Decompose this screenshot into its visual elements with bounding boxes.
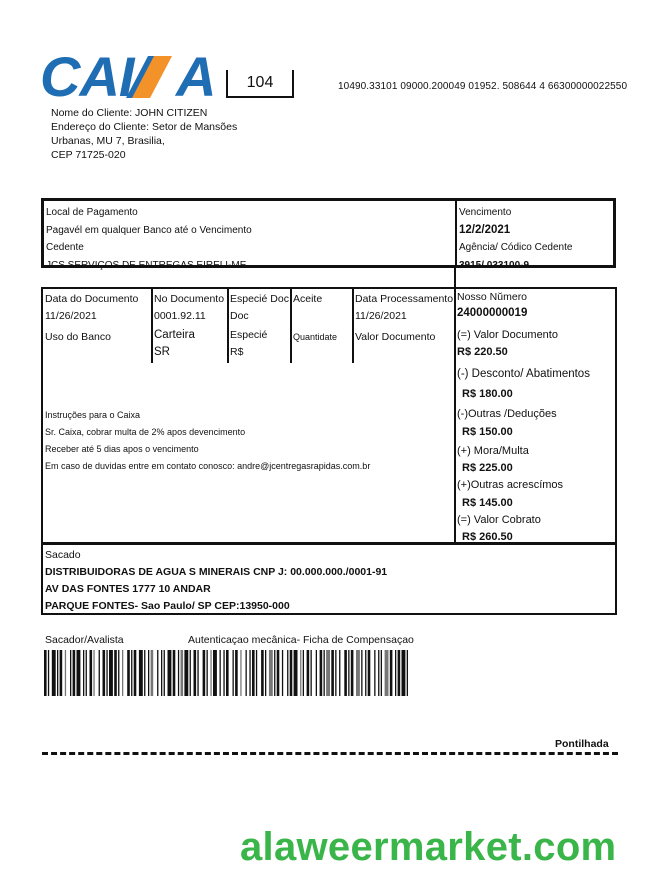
bank-code: 104 bbox=[226, 70, 294, 98]
amount-label: (+) Mora/Multa bbox=[457, 445, 529, 457]
especie-doc-value: Doc bbox=[230, 308, 289, 325]
nosso-numero-value: 24000000019 bbox=[457, 307, 527, 319]
watermark: alaweermarket.com bbox=[240, 825, 616, 870]
pontilhada-label: Pontilhada bbox=[555, 738, 609, 750]
divider bbox=[151, 289, 153, 363]
amount-label: (-) Desconto/ Abatimentos bbox=[457, 368, 590, 380]
digitable-line: 10490.33101 09000.200049 01952. 508644 4… bbox=[338, 81, 627, 92]
amount-value: R$ 145.00 bbox=[462, 497, 513, 509]
especie-value: R$ bbox=[230, 344, 267, 361]
sacado-line-2: AV DAS FONTES 1777 10 ANDAR bbox=[45, 581, 387, 598]
aceite-label: Aceite bbox=[293, 291, 322, 308]
amount-label: (-)Outras /Deduções bbox=[457, 408, 557, 420]
data-documento-value: 11/26/2021 bbox=[45, 308, 138, 325]
client-info: Nome do Cliente: JOHN CITIZEN Endereço d… bbox=[51, 106, 237, 162]
quantidade-label: Quantidate bbox=[293, 329, 337, 346]
amount-value: R$ 220.50 bbox=[457, 346, 508, 358]
svg-text:CAI: CAI bbox=[40, 50, 136, 102]
svg-text:A: A bbox=[174, 50, 216, 102]
nosso-numero-label: Nosso Nŭmero bbox=[457, 291, 527, 303]
amount-value: R$ 180.00 bbox=[462, 388, 513, 400]
payment-box: Local de Pagamento Pagavél em qualquer B… bbox=[41, 198, 616, 268]
vencimento-label: Vencimento bbox=[459, 204, 572, 222]
divider bbox=[352, 289, 354, 363]
amount-label: (+)Outras acrescímos bbox=[457, 479, 563, 491]
instruction-line: Receber até 5 dias apos o vencimento bbox=[45, 441, 370, 458]
sacado-line-1: DISTRIBUIDORAS DE AGUA S MINERAIS CNP J:… bbox=[45, 564, 387, 581]
carteira-value: SR bbox=[154, 344, 195, 361]
caixa-logo: CAI A bbox=[40, 50, 220, 102]
instruction-line: Instruções para o Caixa bbox=[45, 407, 370, 424]
autenticacao-label: Autenticaçao mecânica- Ficha de Compensa… bbox=[188, 634, 414, 646]
divider bbox=[454, 268, 456, 288]
sacado-label: Sacado bbox=[45, 547, 387, 564]
instructions: Instruções para o Caixa Sr. Caixa, cobra… bbox=[45, 407, 370, 475]
sacador-label: Sacador/Avalista bbox=[45, 634, 124, 646]
divider bbox=[454, 289, 456, 542]
carteira-label: Carteira bbox=[154, 327, 195, 344]
dashed-cut-line bbox=[42, 752, 618, 755]
client-address-2: Urbanas, MU 7, Brasilia, bbox=[51, 134, 237, 148]
divider bbox=[290, 289, 292, 363]
client-address-3: CEP 71725-020 bbox=[51, 148, 237, 162]
especie-doc-label: Especié Doc bbox=[230, 291, 289, 308]
amount-label: (=) Valor Documento bbox=[457, 329, 558, 341]
local-pagamento-label: Local de Pagamento bbox=[46, 204, 252, 222]
especie-label: Especié bbox=[230, 327, 267, 344]
data-processamento-label: Data Processamento bbox=[355, 291, 453, 308]
no-documento-value: 0001.92.11 bbox=[154, 308, 224, 325]
cedente-value: JCS SERVIÇOS DE ENTREGAS EIRELI-ME bbox=[46, 257, 252, 275]
agencia-label: Agência/ Códico Cedente bbox=[459, 239, 572, 257]
valor-documento-label: Valor Documento bbox=[355, 329, 435, 346]
sacado-line-3: PARQUE FONTES- Sao Paulo/ SP CEP:13950-0… bbox=[45, 598, 387, 615]
client-name: Nome do Cliente: JOHN CITIZEN bbox=[51, 106, 237, 120]
data-processamento-value: 11/26/2021 bbox=[355, 308, 453, 325]
instruction-line: Sr. Caixa, cobrar multa de 2% apos deven… bbox=[45, 424, 370, 441]
uso-banco-label: Uso do Banco bbox=[45, 329, 111, 346]
amount-value: R$ 225.00 bbox=[462, 462, 513, 474]
divider bbox=[227, 289, 229, 363]
local-pagamento-value: Pagavél em qualquer Banco até o Vencimen… bbox=[46, 222, 252, 240]
divider bbox=[455, 201, 457, 265]
amount-value: R$ 260.50 bbox=[462, 531, 513, 543]
agencia-value: 3915/ 033100-9 bbox=[459, 257, 572, 275]
amount-value: R$ 150.00 bbox=[462, 426, 513, 438]
instruction-line: Em caso de duvidas entre em contato cono… bbox=[45, 458, 370, 475]
data-documento-label: Data do Documento bbox=[45, 291, 138, 308]
sacado-box: Sacado DISTRIBUIDORAS DE AGUA S MINERAIS… bbox=[41, 545, 617, 615]
client-address-1: Endereço do Cliente: Setor de Mansões bbox=[51, 120, 237, 134]
amount-label: (=) Valor Cobrato bbox=[457, 514, 541, 526]
barcode bbox=[44, 650, 409, 696]
cedente-label: Cedente bbox=[46, 239, 252, 257]
vencimento-value: 12/2/2021 bbox=[459, 222, 572, 240]
no-documento-label: No Documento bbox=[154, 291, 224, 308]
document-box: Data do Documento 11/26/2021 No Document… bbox=[41, 287, 617, 545]
